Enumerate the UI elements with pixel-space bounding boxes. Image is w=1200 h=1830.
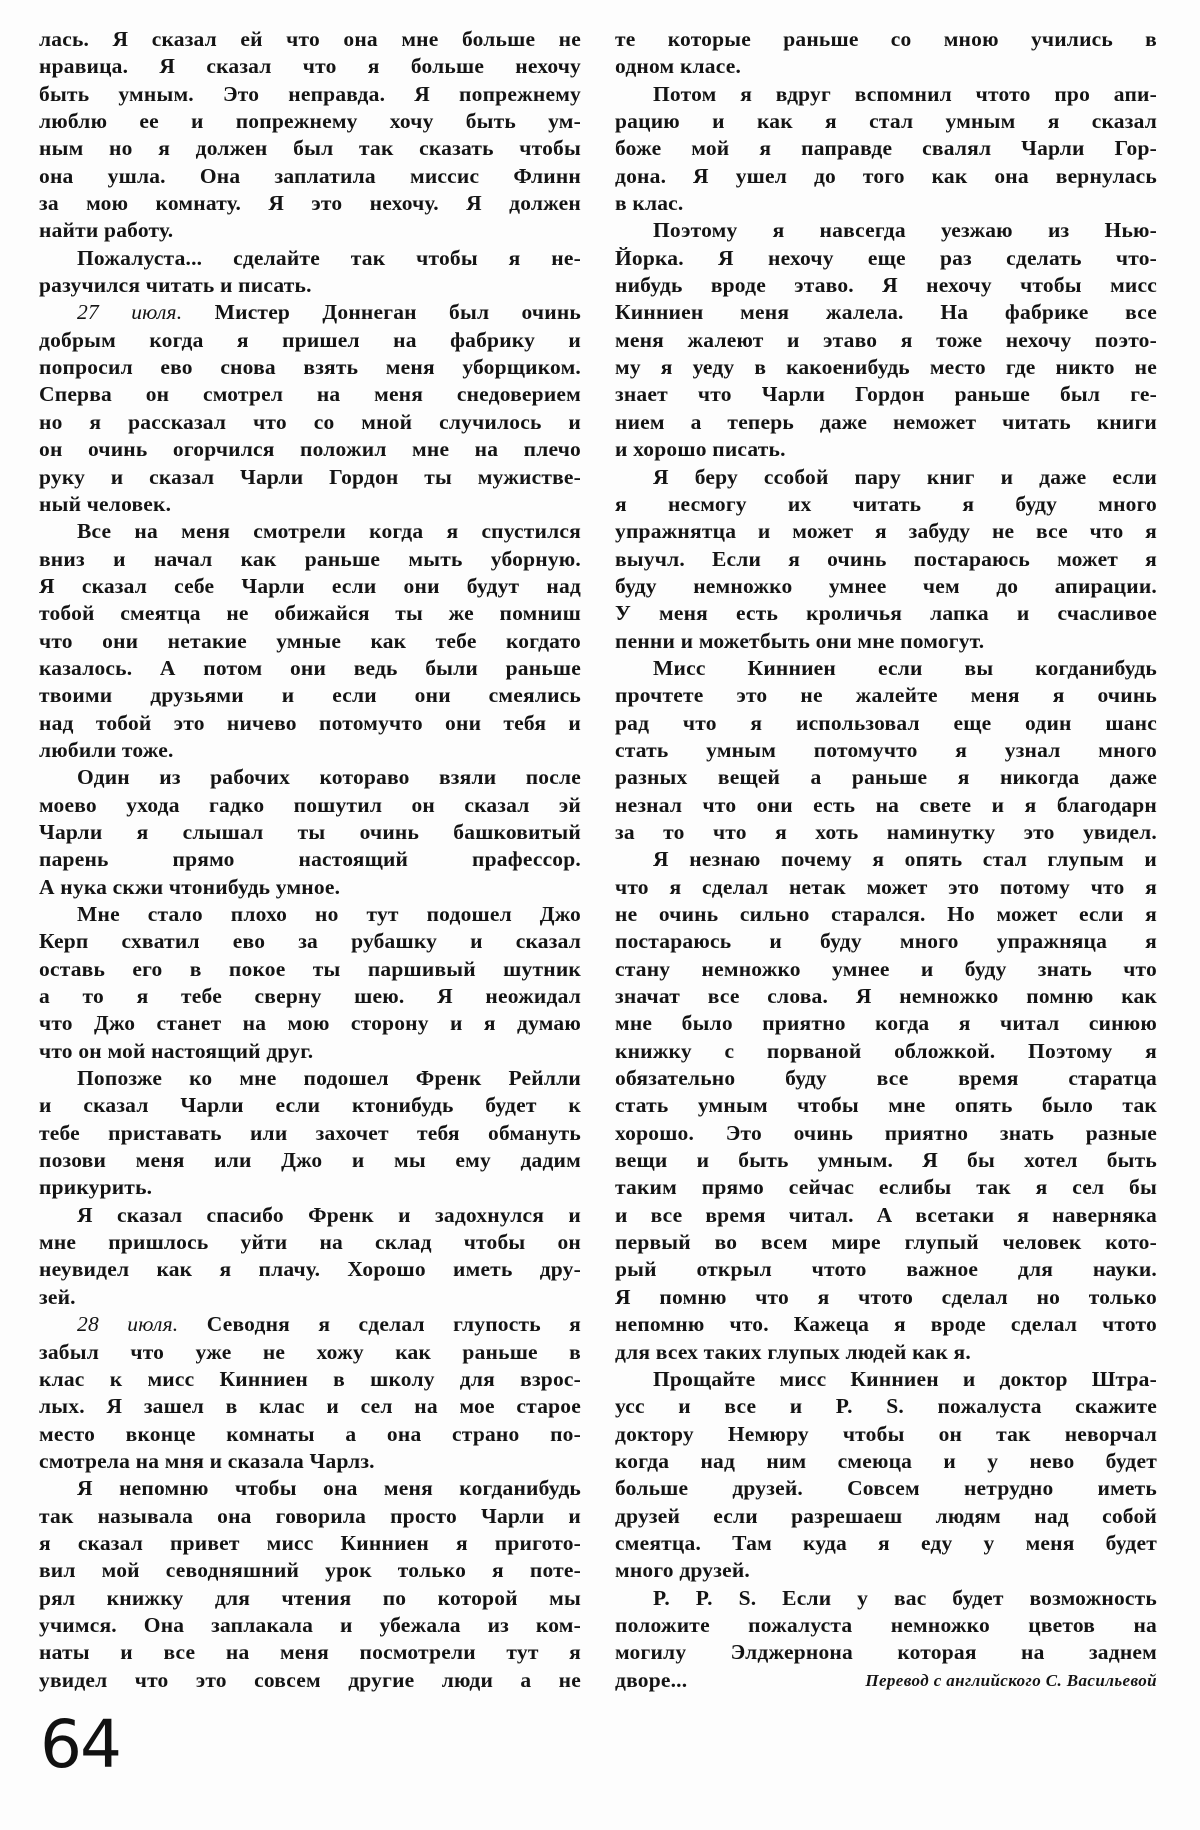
- text-line: нибудь вроде этаво. Я нехочу чтобы мисс: [615, 272, 1157, 299]
- text-line-content: рый открыл чтото важное для науки.: [615, 1257, 1157, 1281]
- text-line: попросил ево снова взять меня уборщиком.: [39, 354, 581, 381]
- text-line: за мою комнату. Я это нехочу. Я должен: [39, 190, 581, 217]
- text-line: разных вещей а раньше я никогда даже: [615, 764, 1157, 791]
- text-line: для всех таких глупых людей как я.: [615, 1339, 1157, 1366]
- text-line: что я сделал нетак может это потому что …: [615, 874, 1157, 901]
- text-line-content: много друзей.: [615, 1558, 750, 1582]
- text-line-content: рад что я использовал еще один шанс: [615, 711, 1157, 735]
- text-line-content: значат все слова. Я немножко помню как: [615, 984, 1157, 1008]
- text-line-content: Пожалуста... сделайте так чтобы я не-: [77, 246, 581, 270]
- text-line-content: первый во всем мире глупый человек кото-: [615, 1230, 1157, 1254]
- text-line-content: а то я тебе сверну шею. Я неожидал: [39, 984, 581, 1008]
- text-line: незнал что они есть на свете и я благода…: [615, 792, 1157, 819]
- text-line: лась. Я сказал ей что она мне больше не: [39, 26, 581, 53]
- text-line-content: буду немножко умнее чем до апирации.: [615, 574, 1157, 598]
- text-line-content: рацию и как я стал умным я сказал: [615, 109, 1157, 133]
- text-line-content: Сперва он смотрел на меня снедоверием: [39, 382, 581, 406]
- magazine-page: лась. Я сказал ей что она мне больше нен…: [0, 0, 1200, 1830]
- text-line: значат все слова. Я немножко помню как: [615, 983, 1157, 1010]
- text-line-content: рял книжку для чтения по которой мы: [39, 1586, 581, 1610]
- text-line: смотрела на мня и сказала Чарлз.: [39, 1448, 581, 1475]
- text-line: твоими друзьями и если они смеялись: [39, 682, 581, 709]
- right-text-column: те которые раньше со мною учились водном…: [615, 26, 1157, 1694]
- text-line-content: добрым когда я пришел на фабрику и: [39, 328, 581, 352]
- text-line: Попозже ко мне подошел Френк Рейлли: [39, 1065, 581, 1092]
- text-line-content: я сказал привет мисс Кинниен я пригото-: [39, 1531, 581, 1555]
- text-line-content: оставь его в покое ты паршивый шутник: [39, 957, 581, 981]
- text-line-content: и сказал Чарли если ктонибудь будет к: [39, 1093, 581, 1117]
- text-line: Я помню что я чтото сделал но только: [615, 1284, 1157, 1311]
- text-line: Один из рабочих котораво взяли после: [39, 764, 581, 791]
- text-line: Керп схватил ево за рубашку и сказал: [39, 928, 581, 955]
- text-line: выучл. Если я очинь постараюсь может я: [615, 546, 1157, 573]
- text-line: я несмогу их читать я буду много: [615, 491, 1157, 518]
- text-line-content: что они нетакие умные как тебе когдато: [39, 629, 581, 653]
- text-line: Мне стало плохо но тут подошел Джо: [39, 901, 581, 928]
- text-line-content: забыл что уже не хожу как раньше в: [39, 1340, 581, 1364]
- text-line: стать умным чтобы мне опять было так: [615, 1092, 1157, 1119]
- text-line-content: знает что Чарли Гордон раньше был ге-: [615, 382, 1157, 406]
- text-line-content: У меня есть кроличья лапка и счасливое: [615, 601, 1157, 625]
- text-line-content: Один из рабочих котораво взяли после: [77, 765, 581, 789]
- text-line-content: зей.: [39, 1285, 76, 1309]
- text-line: непомню что. Кажеца я вроде сделал чтото: [615, 1311, 1157, 1338]
- text-line-content: казалось. А потом они ведь были раньше: [39, 656, 581, 680]
- text-line: я сказал привет мисс Кинниен я пригото-: [39, 1530, 581, 1557]
- text-line-content: Я незнаю почему я опять стал глупым и: [653, 847, 1157, 871]
- text-line-content: вил мой севодняшний урок только я поте-: [39, 1558, 581, 1582]
- text-line-content: одном класе.: [615, 54, 741, 78]
- text-line: Кинниен меня жалела. На фабрике все: [615, 299, 1157, 326]
- text-line: но я рассказал что со мной случилось и: [39, 409, 581, 436]
- text-line: зей.: [39, 1284, 581, 1311]
- text-line: стать умным потомучто я узнал много: [615, 737, 1157, 764]
- text-line-content: Севодня я сделал глупость я: [207, 1312, 581, 1336]
- text-line: увидел что это совсем другие люди а не: [39, 1667, 581, 1694]
- text-line: и хорошо писать.: [615, 436, 1157, 463]
- text-line-content: Поэтому я навсегда уезжаю из Нью-: [653, 218, 1157, 242]
- text-line-content: наты и все на меня посмотрели тут я: [39, 1640, 581, 1664]
- text-line-content: место вконце комнаты а она страно по-: [39, 1422, 581, 1446]
- text-line-content: обязательно буду все время старатца: [615, 1066, 1157, 1090]
- text-line: он очинь огорчился положил мне на плечо: [39, 436, 581, 463]
- text-line-content: учимся. Она заплакала и убежала из ком-: [39, 1613, 581, 1637]
- text-line: пенни и можетбыть они мне помогут.: [615, 628, 1157, 655]
- text-line: наты и все на меня посмотрели тут я: [39, 1639, 581, 1666]
- text-line: что Джо станет на мою сторону и я думаю: [39, 1010, 581, 1037]
- text-line-content: но я рассказал что со мной случилось и: [39, 410, 581, 434]
- text-line: Сперва он смотрел на меня снедоверием: [39, 381, 581, 408]
- text-line-content: что я сделал нетак может это потому что …: [615, 875, 1157, 899]
- text-line: нием а теперь даже неможет читать книги: [615, 409, 1157, 436]
- text-line-content: Я беру ссобой пару книг и даже если: [653, 465, 1157, 489]
- text-line: могилу Элджернона которая на заднем: [615, 1639, 1157, 1666]
- text-line: любили тоже.: [39, 737, 581, 764]
- left-text-column: лась. Я сказал ей что она мне больше нен…: [39, 26, 581, 1694]
- text-line-content: дворе...: [615, 1668, 687, 1692]
- text-line-content: прикурить.: [39, 1175, 152, 1199]
- text-line-content: А нука скжи чтонибудь умное.: [39, 875, 340, 899]
- text-line-content: парень прямо настоящий прафессор.: [39, 847, 581, 871]
- text-line: упражнятца и может я забуду не все что я: [615, 518, 1157, 545]
- text-line: Поэтому я навсегда уезжаю из Нью-: [615, 217, 1157, 244]
- text-line-content: Мне стало плохо но тут подошел Джо: [77, 902, 581, 926]
- text-line-content: клас к мисс Кинниен в школу для взрос-: [39, 1367, 581, 1391]
- text-line: Потом я вдруг вспомнил чтото про апи-: [615, 81, 1157, 108]
- text-line: тобой смеятца не обижайся ты же помниш: [39, 600, 581, 627]
- text-line: му я уеду в какоенибудь место где никто …: [615, 354, 1157, 381]
- text-line: Я незнаю почему я опять стал глупым и: [615, 846, 1157, 873]
- text-line-content: разных вещей а раньше я никогда даже: [615, 765, 1157, 789]
- text-line-content: боже мой я паправде свалял Чарли Гор-: [615, 136, 1157, 160]
- text-line: постараюсь и буду много упражняца я: [615, 928, 1157, 955]
- text-line-content: тебе приставать или захочет тебя обманут…: [39, 1121, 581, 1145]
- text-line: тебе приставать или захочет тебя обманут…: [39, 1120, 581, 1147]
- text-line: те которые раньше со мною учились в: [615, 26, 1157, 53]
- text-line: оставь его в покое ты паршивый шутник: [39, 956, 581, 983]
- text-line: Чарли я слышал ты очинь башковитый: [39, 819, 581, 846]
- text-line-content: друзей если разрешаеш людям над собой: [615, 1504, 1157, 1528]
- text-line: не очинь сильно старался. Но может если …: [615, 901, 1157, 928]
- text-line: в клас.: [615, 190, 1157, 217]
- text-line: рял книжку для чтения по которой мы: [39, 1585, 581, 1612]
- text-line: когда над ним смеюца и у нево будет: [615, 1448, 1157, 1475]
- text-line: найти работу.: [39, 217, 581, 244]
- text-line: больше друзей. Совсем нетрудно иметь: [615, 1475, 1157, 1502]
- text-line: Пожалуста... сделайте так чтобы я не-: [39, 245, 581, 272]
- text-line-content: в клас.: [615, 191, 684, 215]
- text-line-content: она ушла. Она заплатила миссис Флинн: [39, 164, 581, 188]
- translator-credit: Перевод с английского С. Васильевой: [865, 1667, 1157, 1694]
- text-line: вил мой севодняшний урок только я поте-: [39, 1557, 581, 1584]
- text-line-content: смотрела на мня и сказала Чарлз.: [39, 1449, 375, 1473]
- text-line-content: Керп схватил ево за рубашку и сказал: [39, 929, 581, 953]
- text-line: быть умным. Это неправда. Я попрежнему: [39, 81, 581, 108]
- text-line: так называла она говорила просто Чарли и: [39, 1503, 581, 1530]
- text-line: А нука скжи чтонибудь умное.: [39, 874, 581, 901]
- text-line-content: Потом я вдруг вспомнил чтото про апи-: [653, 82, 1157, 106]
- text-line-content: не очинь сильно старался. Но может если …: [615, 902, 1157, 926]
- text-line: и все время читал. А всетаки я наверняка: [615, 1202, 1157, 1229]
- text-line-content: найти работу.: [39, 218, 173, 242]
- text-line-content: быть умным. Это неправда. Я попрежнему: [39, 82, 581, 106]
- text-line-content: Чарли я слышал ты очинь башковитый: [39, 820, 581, 844]
- text-line: буду немножко умнее чем до апирации.: [615, 573, 1157, 600]
- text-line: позови меня или Джо и мы ему дадим: [39, 1147, 581, 1174]
- text-line-content: Я непомню чтобы она меня когданибудь: [77, 1476, 581, 1500]
- text-line-content: лась. Я сказал ей что она мне больше не: [39, 27, 581, 51]
- text-line: прочтете это не жалейте меня я очинь: [615, 682, 1157, 709]
- text-line-content: позови меня или Джо и мы ему дадим: [39, 1148, 581, 1172]
- text-line: клас к мисс Кинниен в школу для взрос-: [39, 1366, 581, 1393]
- text-line-content: мне пришлось уйти на склад чтобы он: [39, 1230, 581, 1254]
- text-line-content: положите пожалуста немножко цветов на: [615, 1613, 1157, 1637]
- text-line: друзей если разрешаеш людям над собой: [615, 1503, 1157, 1530]
- text-line: что он мой настоящий друг.: [39, 1038, 581, 1065]
- text-line: У меня есть кроличья лапка и счасливое: [615, 600, 1157, 627]
- text-line-content: вещи и быть умным. Я бы хотел быть: [615, 1148, 1157, 1172]
- text-line-content: больше друзей. Совсем нетрудно иметь: [615, 1476, 1157, 1500]
- text-line-content: тобой смеятца не обижайся ты же помниш: [39, 601, 581, 625]
- text-line: боже мой я паправде свалял Чарли Гор-: [615, 135, 1157, 162]
- text-line-content: любили тоже.: [39, 738, 174, 762]
- text-line: люблю ее и попрежнему хочу быть ум-: [39, 108, 581, 135]
- text-line: ный человек.: [39, 491, 581, 518]
- text-line: разучился читать и писать.: [39, 272, 581, 299]
- diary-date: 28 июля.: [77, 1312, 178, 1336]
- text-line: вещи и быть умным. Я бы хотел быть: [615, 1147, 1157, 1174]
- text-line-content: Все на меня смотрели когда я спустился: [77, 519, 581, 543]
- text-line: вниз и начал как раньше мыть уборную.: [39, 546, 581, 573]
- text-line: Прощайте мисс Кинниен и доктор Штра-: [615, 1366, 1157, 1393]
- text-line: P. P. S. Если у вас будет возможность: [615, 1585, 1157, 1612]
- text-line-content: и хорошо писать.: [615, 437, 786, 461]
- text-line: рый открыл чтото важное для науки.: [615, 1256, 1157, 1283]
- text-line-content: Я сказал себе Чарли если они будут над: [39, 574, 581, 598]
- text-line-content: прочтете это не жалейте меня я очинь: [615, 683, 1157, 707]
- text-line: усс и все и P. S. пожалуста скажите: [615, 1393, 1157, 1420]
- text-line: место вконце комнаты а она страно по-: [39, 1421, 581, 1448]
- text-line: Мисс Кинниен если вы когданибудь: [615, 655, 1157, 682]
- text-line-content: Мисс Кинниен если вы когданибудь: [653, 656, 1157, 680]
- text-line: рацию и как я стал умным я сказал: [615, 108, 1157, 135]
- text-line: нравица. Я сказал что я больше нехочу: [39, 53, 581, 80]
- text-line-content: нием а теперь даже неможет читать книги: [615, 410, 1157, 434]
- text-line-content: дона. Я ушел до того как она вернулась: [615, 164, 1157, 188]
- text-line-content: неувидел как я плачу. Хорошо иметь дру-: [39, 1257, 581, 1281]
- text-line: что они нетакие умные как тебе когдато: [39, 628, 581, 655]
- text-line: она ушла. Она заплатила миссис Флинн: [39, 163, 581, 190]
- text-line-content: смеятца. Там куда я еду у меня будет: [615, 1531, 1157, 1555]
- text-line-content: для всех таких глупых людей как я.: [615, 1340, 971, 1364]
- text-line: забыл что уже не хожу как раньше в: [39, 1339, 581, 1366]
- text-line-content: меня жалеют и этаво я тоже нехочу поэто-: [615, 328, 1157, 352]
- text-line: неувидел как я плачу. Хорошо иметь дру-: [39, 1256, 581, 1283]
- text-line: 27 июля. Мистер Доннеган был очинь: [39, 299, 581, 326]
- text-line: Йорка. Я нехочу еще раз сделать что-: [615, 245, 1157, 272]
- text-line-content: незнал что они есть на свете и я благода…: [615, 793, 1157, 817]
- text-line-content: те которые раньше со мною учились в: [615, 27, 1157, 51]
- text-line: рад что я использовал еще один шанс: [615, 710, 1157, 737]
- text-line-content: вниз и начал как раньше мыть уборную.: [39, 547, 581, 571]
- text-line-content: Я помню что я чтото сделал но только: [615, 1285, 1157, 1309]
- text-line: Я сказал спасибо Френк и задохнулся и: [39, 1202, 581, 1229]
- text-line: книжку с порваной обложкой. Поэтому я: [615, 1038, 1157, 1065]
- text-line: прикурить.: [39, 1174, 581, 1201]
- text-line-content: хорошо. Это очинь приятно знать разные: [615, 1121, 1157, 1145]
- text-line-content: лых. Я зашел в клас и сел на мое старое: [39, 1394, 581, 1418]
- text-line-content: нибудь вроде этаво. Я нехочу чтобы мисс: [615, 273, 1157, 297]
- text-line-content: Мистер Доннеган был очинь: [215, 300, 581, 324]
- text-line: доктору Немюру чтобы он так неворчал: [615, 1421, 1157, 1448]
- text-line: моево ухода гадко пошутил он сказал эй: [39, 792, 581, 819]
- text-line-content: увидел что это совсем другие люди а не: [39, 1668, 581, 1692]
- text-line: за то что я хоть наминутку это увидел.: [615, 819, 1157, 846]
- text-line: Я беру ссобой пару книг и даже если: [615, 464, 1157, 491]
- text-line-content: Йорка. Я нехочу еще раз сделать что-: [615, 246, 1157, 270]
- text-line: казалось. А потом они ведь были раньше: [39, 655, 581, 682]
- text-line: Я непомню чтобы она меня когданибудь: [39, 1475, 581, 1502]
- text-line-content: Кинниен меня жалела. На фабрике все: [615, 300, 1157, 324]
- text-line-content: постараюсь и буду много упражняца я: [615, 929, 1157, 953]
- text-line: добрым когда я пришел на фабрику и: [39, 327, 581, 354]
- text-line: лых. Я зашел в клас и сел на мое старое: [39, 1393, 581, 1420]
- text-line-content: стать умным потомучто я узнал много: [615, 738, 1157, 762]
- text-line-content: пенни и можетбыть они мне помогут.: [615, 629, 984, 653]
- text-line-content: могилу Элджернона которая на заднем: [615, 1640, 1157, 1664]
- text-line-content: когда над ним смеюца и у нево будет: [615, 1449, 1157, 1473]
- text-line-content: люблю ее и попрежнему хочу быть ум-: [39, 109, 581, 133]
- text-line: ным но я должен был так сказать чтобы: [39, 135, 581, 162]
- text-line-content: что он мой настоящий друг.: [39, 1039, 313, 1063]
- text-line: Я сказал себе Чарли если они будут над: [39, 573, 581, 600]
- text-line-content: усс и все и P. S. пожалуста скажите: [615, 1394, 1157, 1418]
- text-line-content: разучился читать и писать.: [39, 273, 312, 297]
- text-line: мне пришлось уйти на склад чтобы он: [39, 1229, 581, 1256]
- text-line-content: стать умным чтобы мне опять было так: [615, 1093, 1157, 1117]
- text-line-content: Попозже ко мне подошел Френк Рейлли: [77, 1066, 581, 1090]
- text-line: знает что Чарли Гордон раньше был ге-: [615, 381, 1157, 408]
- text-line: учимся. Она заплакала и убежала из ком-: [39, 1612, 581, 1639]
- text-line-content: стану немножко умнее и буду знать что: [615, 957, 1157, 981]
- text-line-content: непомню что. Кажеца я вроде сделал чтото: [615, 1312, 1157, 1336]
- text-line-content: таким прямо сейчас еслибы так я сел бы: [615, 1175, 1157, 1199]
- text-line-content: му я уеду в какоенибудь место где никто …: [615, 355, 1157, 379]
- text-line-content: выучл. Если я очинь постараюсь может я: [615, 547, 1157, 571]
- text-line: руку и сказал Чарли Гордон ты мужистве-: [39, 464, 581, 491]
- text-line-content: я несмогу их читать я буду много: [615, 492, 1157, 516]
- text-line: одном класе.: [615, 53, 1157, 80]
- text-line-content: книжку с порваной обложкой. Поэтому я: [615, 1039, 1157, 1063]
- text-line-content: ным но я должен был так сказать чтобы: [39, 136, 581, 160]
- text-line-content: так называла она говорила просто Чарли и: [39, 1504, 581, 1528]
- text-line: стану немножко умнее и буду знать что: [615, 956, 1157, 983]
- text-line-content: мне было приятно когда я читал синюю: [615, 1011, 1157, 1035]
- text-line: 28 июля. Севодня я сделал глупость я: [39, 1311, 581, 1338]
- text-line-content: попросил ево снова взять меня уборщиком.: [39, 355, 581, 379]
- text-line-content: твоими друзьями и если они смеялись: [39, 683, 581, 707]
- text-line-content: Прощайте мисс Кинниен и доктор Штра-: [653, 1367, 1157, 1391]
- text-line-content: P. P. S. Если у вас будет возможность: [653, 1586, 1157, 1610]
- diary-date: 27 июля.: [77, 300, 182, 324]
- text-line-content: Я сказал спасибо Френк и задохнулся и: [77, 1203, 581, 1227]
- text-line-content: он очинь огорчился положил мне на плечо: [39, 437, 581, 461]
- text-line: обязательно буду все время старатца: [615, 1065, 1157, 1092]
- text-line-content: что Джо станет на мою сторону и я думаю: [39, 1011, 581, 1035]
- text-line: смеятца. Там куда я еду у меня будет: [615, 1530, 1157, 1557]
- text-line: таким прямо сейчас еслибы так я сел бы: [615, 1174, 1157, 1201]
- text-line: дворе...Перевод с английского С. Василье…: [615, 1667, 1157, 1694]
- text-line-content: доктору Немюру чтобы он так неворчал: [615, 1422, 1157, 1446]
- text-line: меня жалеют и этаво я тоже нехочу поэто-: [615, 327, 1157, 354]
- text-line-content: руку и сказал Чарли Гордон ты мужистве-: [39, 465, 581, 489]
- page-number: 64: [40, 1705, 120, 1785]
- text-line-content: моево ухода гадко пошутил он сказал эй: [39, 793, 581, 817]
- text-line-content: за то что я хоть наминутку это увидел.: [615, 820, 1157, 844]
- text-line: хорошо. Это очинь приятно знать разные: [615, 1120, 1157, 1147]
- text-line-content: нравица. Я сказал что я больше нехочу: [39, 54, 581, 78]
- text-line: положите пожалуста немножко цветов на: [615, 1612, 1157, 1639]
- text-line-content: над тобой это ничево потомучто они тебя …: [39, 711, 581, 735]
- text-line: а то я тебе сверну шею. Я неожидал: [39, 983, 581, 1010]
- text-line: первый во всем мире глупый человек кото-: [615, 1229, 1157, 1256]
- text-line: дона. Я ушел до того как она вернулась: [615, 163, 1157, 190]
- text-line-content: и все время читал. А всетаки я наверняка: [615, 1203, 1157, 1227]
- text-line-content: упражнятца и может я забуду не все что я: [615, 519, 1157, 543]
- text-line: Все на меня смотрели когда я спустился: [39, 518, 581, 545]
- text-line: парень прямо настоящий прафессор.: [39, 846, 581, 873]
- text-line: мне было приятно когда я читал синюю: [615, 1010, 1157, 1037]
- text-line: и сказал Чарли если ктонибудь будет к: [39, 1092, 581, 1119]
- text-line-content: за мою комнату. Я это нехочу. Я должен: [39, 191, 581, 215]
- text-line: над тобой это ничево потомучто они тебя …: [39, 710, 581, 737]
- text-line: много друзей.: [615, 1557, 1157, 1584]
- text-line-content: ный человек.: [39, 492, 171, 516]
